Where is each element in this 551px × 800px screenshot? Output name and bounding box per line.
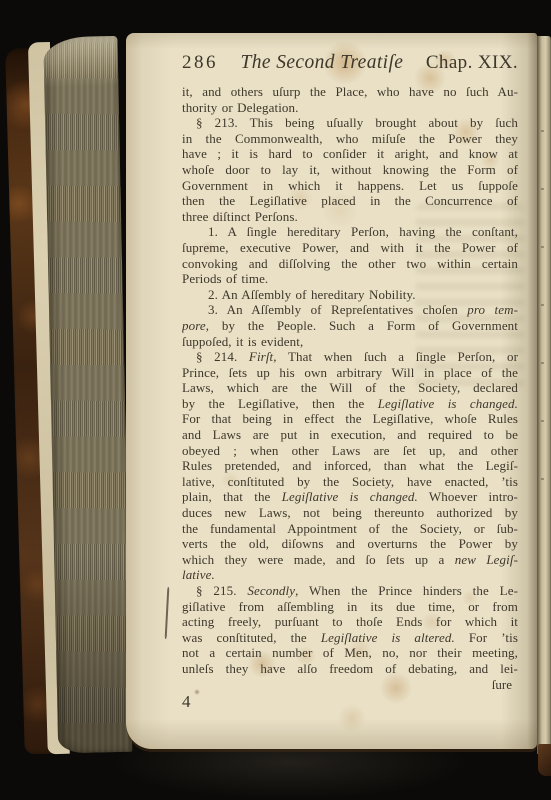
text-line: lative.: [182, 567, 518, 583]
text-line: not a certain number of Men, no, nor the…: [182, 645, 518, 661]
background-haze: [110, 742, 470, 800]
text-line: plain, that the Legiſlative is changed. …: [182, 489, 518, 505]
text-line: it, and others uſurp the Place, who have…: [182, 84, 518, 100]
text-line: the fundamental Appointment of the Socie…: [182, 521, 518, 537]
leather-corner-bottom-right: [538, 744, 551, 776]
text-line: § 213. This being uſually brought about …: [182, 115, 518, 131]
body-text: it, and others uſurp the Place, who have…: [182, 84, 518, 677]
text-line: Rules pretended, and inforced, than what…: [182, 458, 518, 474]
text-line: obeyed ; when other Laws are ſet up, and…: [182, 443, 518, 459]
book-photo: 286 The Second Treatiſe Chap. XIX. it, a…: [0, 0, 551, 800]
text-line: For that being in effect the Legiſlative…: [182, 411, 518, 427]
signature-mark: 4: [182, 692, 192, 712]
book-title: The Second Treatiſe: [241, 52, 404, 74]
chapter-label: Chap. XIX.: [426, 52, 518, 74]
text-line: have ; it is hard to conſider it aright,…: [182, 146, 518, 162]
text-line: which they were made, and ſo ſets up a n…: [182, 552, 518, 568]
text-line: ſuppoſed, it is evident,: [182, 334, 518, 350]
text-line: Government in which it happens. Let us ſ…: [182, 178, 518, 194]
text-line: 2. An Aſſembly of hereditary Nobility.: [182, 287, 518, 303]
text-line: § 214. Firſt, That when ſuch a ſingle Pe…: [182, 349, 518, 365]
text-line: § 215. Secondly, When the Prince hinders…: [182, 583, 518, 599]
text-line: thority or Delegation.: [182, 100, 518, 116]
text-line: convoking and diſſolving the other two w…: [182, 256, 518, 272]
catchword: ſure: [182, 677, 512, 693]
running-header: 286 The Second Treatiſe Chap. XIX.: [182, 52, 518, 74]
text-line: 1. A ſingle hereditary Perſon, having th…: [182, 224, 518, 240]
text-line: three diſtinct Perſons.: [182, 209, 518, 225]
text-line: unleſs they have alſo freedom of debatin…: [182, 661, 518, 677]
text-line: 3. An Aſſembly of Repreſentatives choſen…: [182, 302, 518, 318]
text-line: whoſe door to lay it, without knowing th…: [182, 162, 518, 178]
text-line: duces new Laws, not being thereunto auth…: [182, 505, 518, 521]
text-line: Laws, which are the Will of the Society,…: [182, 380, 518, 396]
page-number: 286: [182, 52, 218, 74]
text-line: ſupreme, executive Power, and with it th…: [182, 240, 518, 256]
text-line: lative, conſtituted by the Society, have…: [182, 474, 518, 490]
text-line: was conſtituted, the Legiſlative is alte…: [182, 630, 518, 646]
text-line: verts the old, diſowns and overturns the…: [182, 536, 518, 552]
text-line: then the Legiſlative placed in the Concu…: [182, 193, 518, 209]
text-line: and Laws are put in execution, and requi…: [182, 427, 518, 443]
text-line: in the Commonwealth, who miſuſe the Powe…: [182, 131, 518, 147]
text-line: by the Legiſlative, then the Legiſlative…: [182, 396, 518, 412]
text-line: acting freely, purſuant to thoſe Ends fo…: [182, 614, 518, 630]
text-line: pore, by the People. Such a Form of Gove…: [182, 318, 518, 334]
fore-edge-page-stack: [43, 36, 132, 753]
text-line: Periods of time.: [182, 271, 518, 287]
facing-page-sliver: [537, 36, 551, 754]
text-line: giſlative from aſſembling in its due tim…: [182, 599, 518, 615]
text-line: Prince, ſets up his own arbitrary Will i…: [182, 365, 518, 381]
